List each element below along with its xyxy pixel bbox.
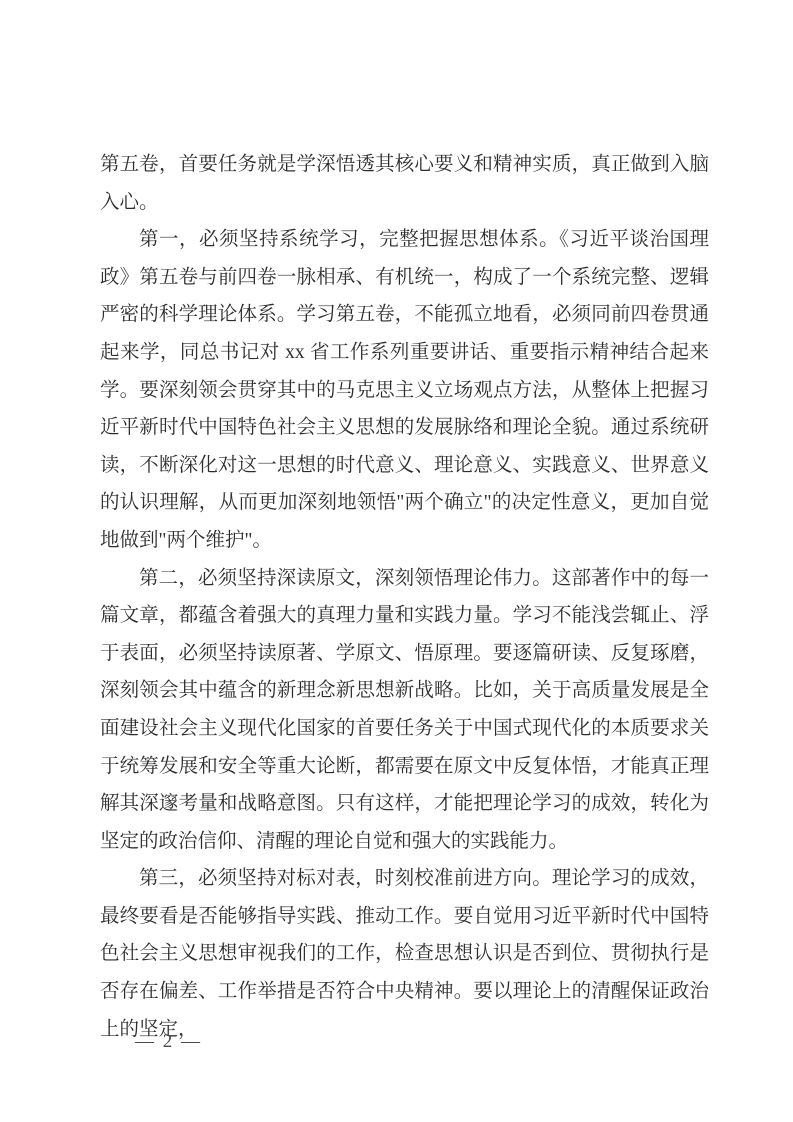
- document-page: 第五卷，首要任务就是学深悟透其核心要义和精神实质，真正做到入脑入心。 第一，必须…: [0, 0, 793, 1122]
- document-body: 第五卷，首要任务就是学深悟透其核心要义和精神实质，真正做到入脑入心。 第一，必须…: [100, 146, 709, 1048]
- body-paragraph-second-point: 第二，必须坚持深读原文，深刻领悟理论伟力。这部著作中的每一篇文章，都蕴含着强大的…: [100, 560, 709, 861]
- body-paragraph-first-point: 第一，必须坚持系统学习，完整把握思想体系。《习近平谈治国理政》第五卷与前四卷一脉…: [100, 221, 709, 559]
- body-paragraph-continuation: 第五卷，首要任务就是学深悟透其核心要义和精神实质，真正做到入脑入心。: [100, 146, 709, 221]
- page-number: — 2 —: [135, 1031, 202, 1053]
- body-paragraph-third-point: 第三，必须坚持对标对表，时刻校准前进方向。理论学习的成效，最终要看是否能够指导实…: [100, 860, 709, 1048]
